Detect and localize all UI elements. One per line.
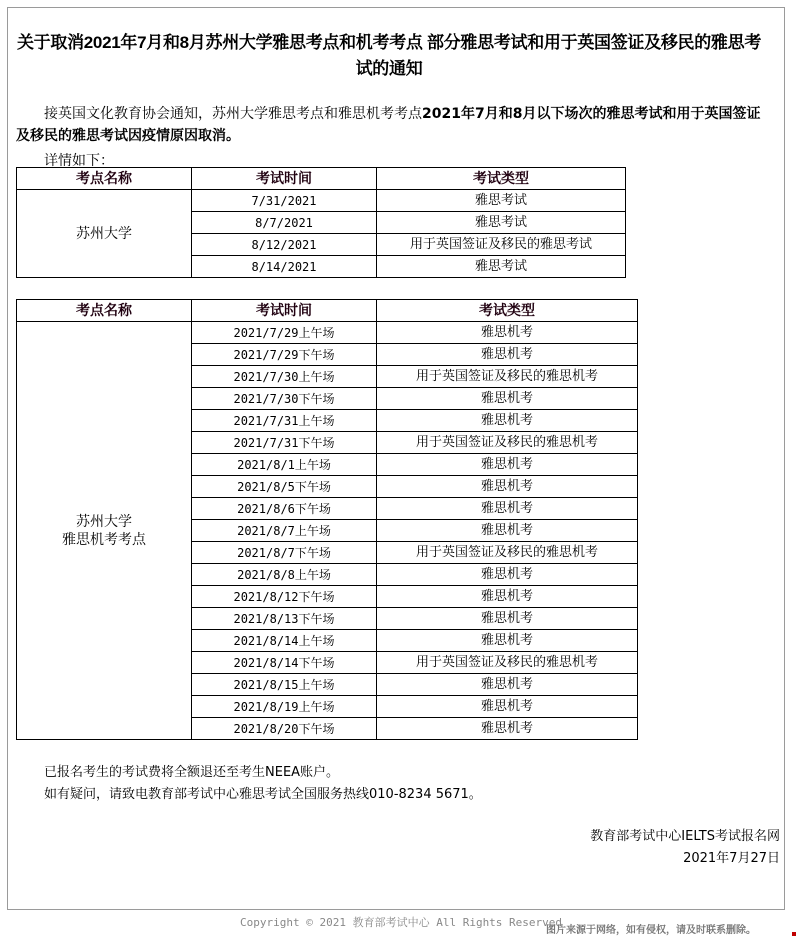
exam-type-cell: 雅思考试	[377, 190, 626, 212]
header-type: 考试类型	[377, 300, 638, 322]
exam-type-cell: 雅思机考	[377, 564, 638, 586]
exam-type-cell: 雅思考试	[377, 256, 626, 278]
exam-type-cell: 雅思考试	[377, 212, 626, 234]
corner-mark	[792, 932, 796, 936]
exam-time-cell: 2021/8/8上午场	[192, 564, 377, 586]
exam-time-cell: 7/31/2021	[192, 190, 377, 212]
exam-type-cell: 雅思机考	[377, 520, 638, 542]
signature-org: 教育部考试中心IELTS考试报名网	[590, 826, 780, 848]
site-name: 雅思机考考点	[19, 531, 189, 549]
exam-type-cell: 雅思机考	[377, 586, 638, 608]
site-cell: 苏州大学雅思机考考点	[17, 322, 192, 740]
signature-date: 2021年7月27日	[590, 848, 780, 870]
exam-type-cell: 雅思机考	[377, 344, 638, 366]
hotline-note: 如有疑问，请致电教育部考试中心雅思考试全国服务热线010-8234 5671。	[44, 784, 482, 806]
site-cell: 苏州大学	[17, 190, 192, 278]
exam-time-cell: 2021/7/30上午场	[192, 366, 377, 388]
exam-type-cell: 用于英国签证及移民的雅思考试	[377, 234, 626, 256]
exam-time-cell: 2021/7/31上午场	[192, 410, 377, 432]
exam-time-cell: 2021/8/15上午场	[192, 674, 377, 696]
exam-time-cell: 2021/8/5下午场	[192, 476, 377, 498]
exam-type-cell: 雅思机考	[377, 388, 638, 410]
exam-type-cell: 雅思机考	[377, 630, 638, 652]
table-row: 苏州大学7/31/2021雅思考试	[17, 190, 626, 212]
exam-time-cell: 2021/8/1上午场	[192, 454, 377, 476]
exam-type-cell: 雅思机考	[377, 476, 638, 498]
intro-text: 接英国文化教育协会通知，苏州大学雅思考点和雅思机考考点	[44, 106, 422, 122]
exam-type-cell: 雅思机考	[377, 718, 638, 740]
exam-time-cell: 2021/7/30下午场	[192, 388, 377, 410]
site-name: 苏州大学	[19, 513, 189, 531]
exam-type-cell: 雅思机考	[377, 410, 638, 432]
exam-type-cell: 雅思机考	[377, 696, 638, 718]
notice-title: 关于取消2021年7月和8月苏州大学雅思考点和机考考点 部分雅思考试和用于英国签…	[16, 30, 762, 82]
exam-time-cell: 2021/7/29上午场	[192, 322, 377, 344]
exam-time-cell: 2021/7/29下午场	[192, 344, 377, 366]
exam-time-cell: 8/7/2021	[192, 212, 377, 234]
exam-type-cell: 用于英国签证及移民的雅思机考	[377, 366, 638, 388]
site-name: 苏州大学	[19, 225, 189, 243]
copyright-footer: Copyright © 2021 教育部考试中心 All Rights Rese…	[240, 914, 562, 930]
header-time: 考试时间	[192, 168, 377, 190]
table-header-row: 考点名称 考试时间 考试类型	[17, 168, 626, 190]
paper-exam-table: 考点名称 考试时间 考试类型 苏州大学7/31/2021雅思考试8/7/2021…	[16, 167, 626, 278]
exam-time-cell: 8/14/2021	[192, 256, 377, 278]
header-site: 考点名称	[17, 168, 192, 190]
signature: 教育部考试中心IELTS考试报名网 2021年7月27日	[590, 826, 780, 870]
exam-type-cell: 雅思机考	[377, 608, 638, 630]
exam-type-cell: 雅思机考	[377, 454, 638, 476]
table-header-row: 考点名称 考试时间 考试类型	[17, 300, 638, 322]
exam-time-cell: 2021/8/7下午场	[192, 542, 377, 564]
exam-time-cell: 8/12/2021	[192, 234, 377, 256]
exam-type-cell: 雅思机考	[377, 322, 638, 344]
exam-time-cell: 2021/7/31下午场	[192, 432, 377, 454]
exam-time-cell: 2021/8/13下午场	[192, 608, 377, 630]
exam-time-cell: 2021/8/19上午场	[192, 696, 377, 718]
exam-type-cell: 雅思机考	[377, 674, 638, 696]
table-row: 苏州大学雅思机考考点2021/7/29上午场雅思机考	[17, 322, 638, 344]
exam-time-cell: 2021/8/14上午场	[192, 630, 377, 652]
exam-time-cell: 2021/8/6下午场	[192, 498, 377, 520]
refund-note: 已报名考生的考试费将全额退还至考生NEEA账户。	[44, 762, 482, 784]
header-time: 考试时间	[192, 300, 377, 322]
exam-time-cell: 2021/8/7上午场	[192, 520, 377, 542]
notes: 已报名考生的考试费将全额退还至考生NEEA账户。 如有疑问，请致电教育部考试中心…	[44, 762, 482, 806]
exam-time-cell: 2021/8/14下午场	[192, 652, 377, 674]
exam-time-cell: 2021/8/12下午场	[192, 586, 377, 608]
exam-type-cell: 用于英国签证及移民的雅思机考	[377, 432, 638, 454]
intro-paragraph: 接英国文化教育协会通知，苏州大学雅思考点和雅思机考考点2021年7月和8月以下场…	[16, 103, 770, 147]
watermark-text: 图片来源于网络，如有侵权，请及时联系删除。	[546, 921, 756, 936]
header-site: 考点名称	[17, 300, 192, 322]
exam-type-cell: 用于英国签证及移民的雅思机考	[377, 652, 638, 674]
header-type: 考试类型	[377, 168, 626, 190]
exam-time-cell: 2021/8/20下午场	[192, 718, 377, 740]
computer-exam-table: 考点名称 考试时间 考试类型 苏州大学雅思机考考点2021/7/29上午场雅思机…	[16, 299, 638, 740]
exam-type-cell: 用于英国签证及移民的雅思机考	[377, 542, 638, 564]
exam-type-cell: 雅思机考	[377, 498, 638, 520]
